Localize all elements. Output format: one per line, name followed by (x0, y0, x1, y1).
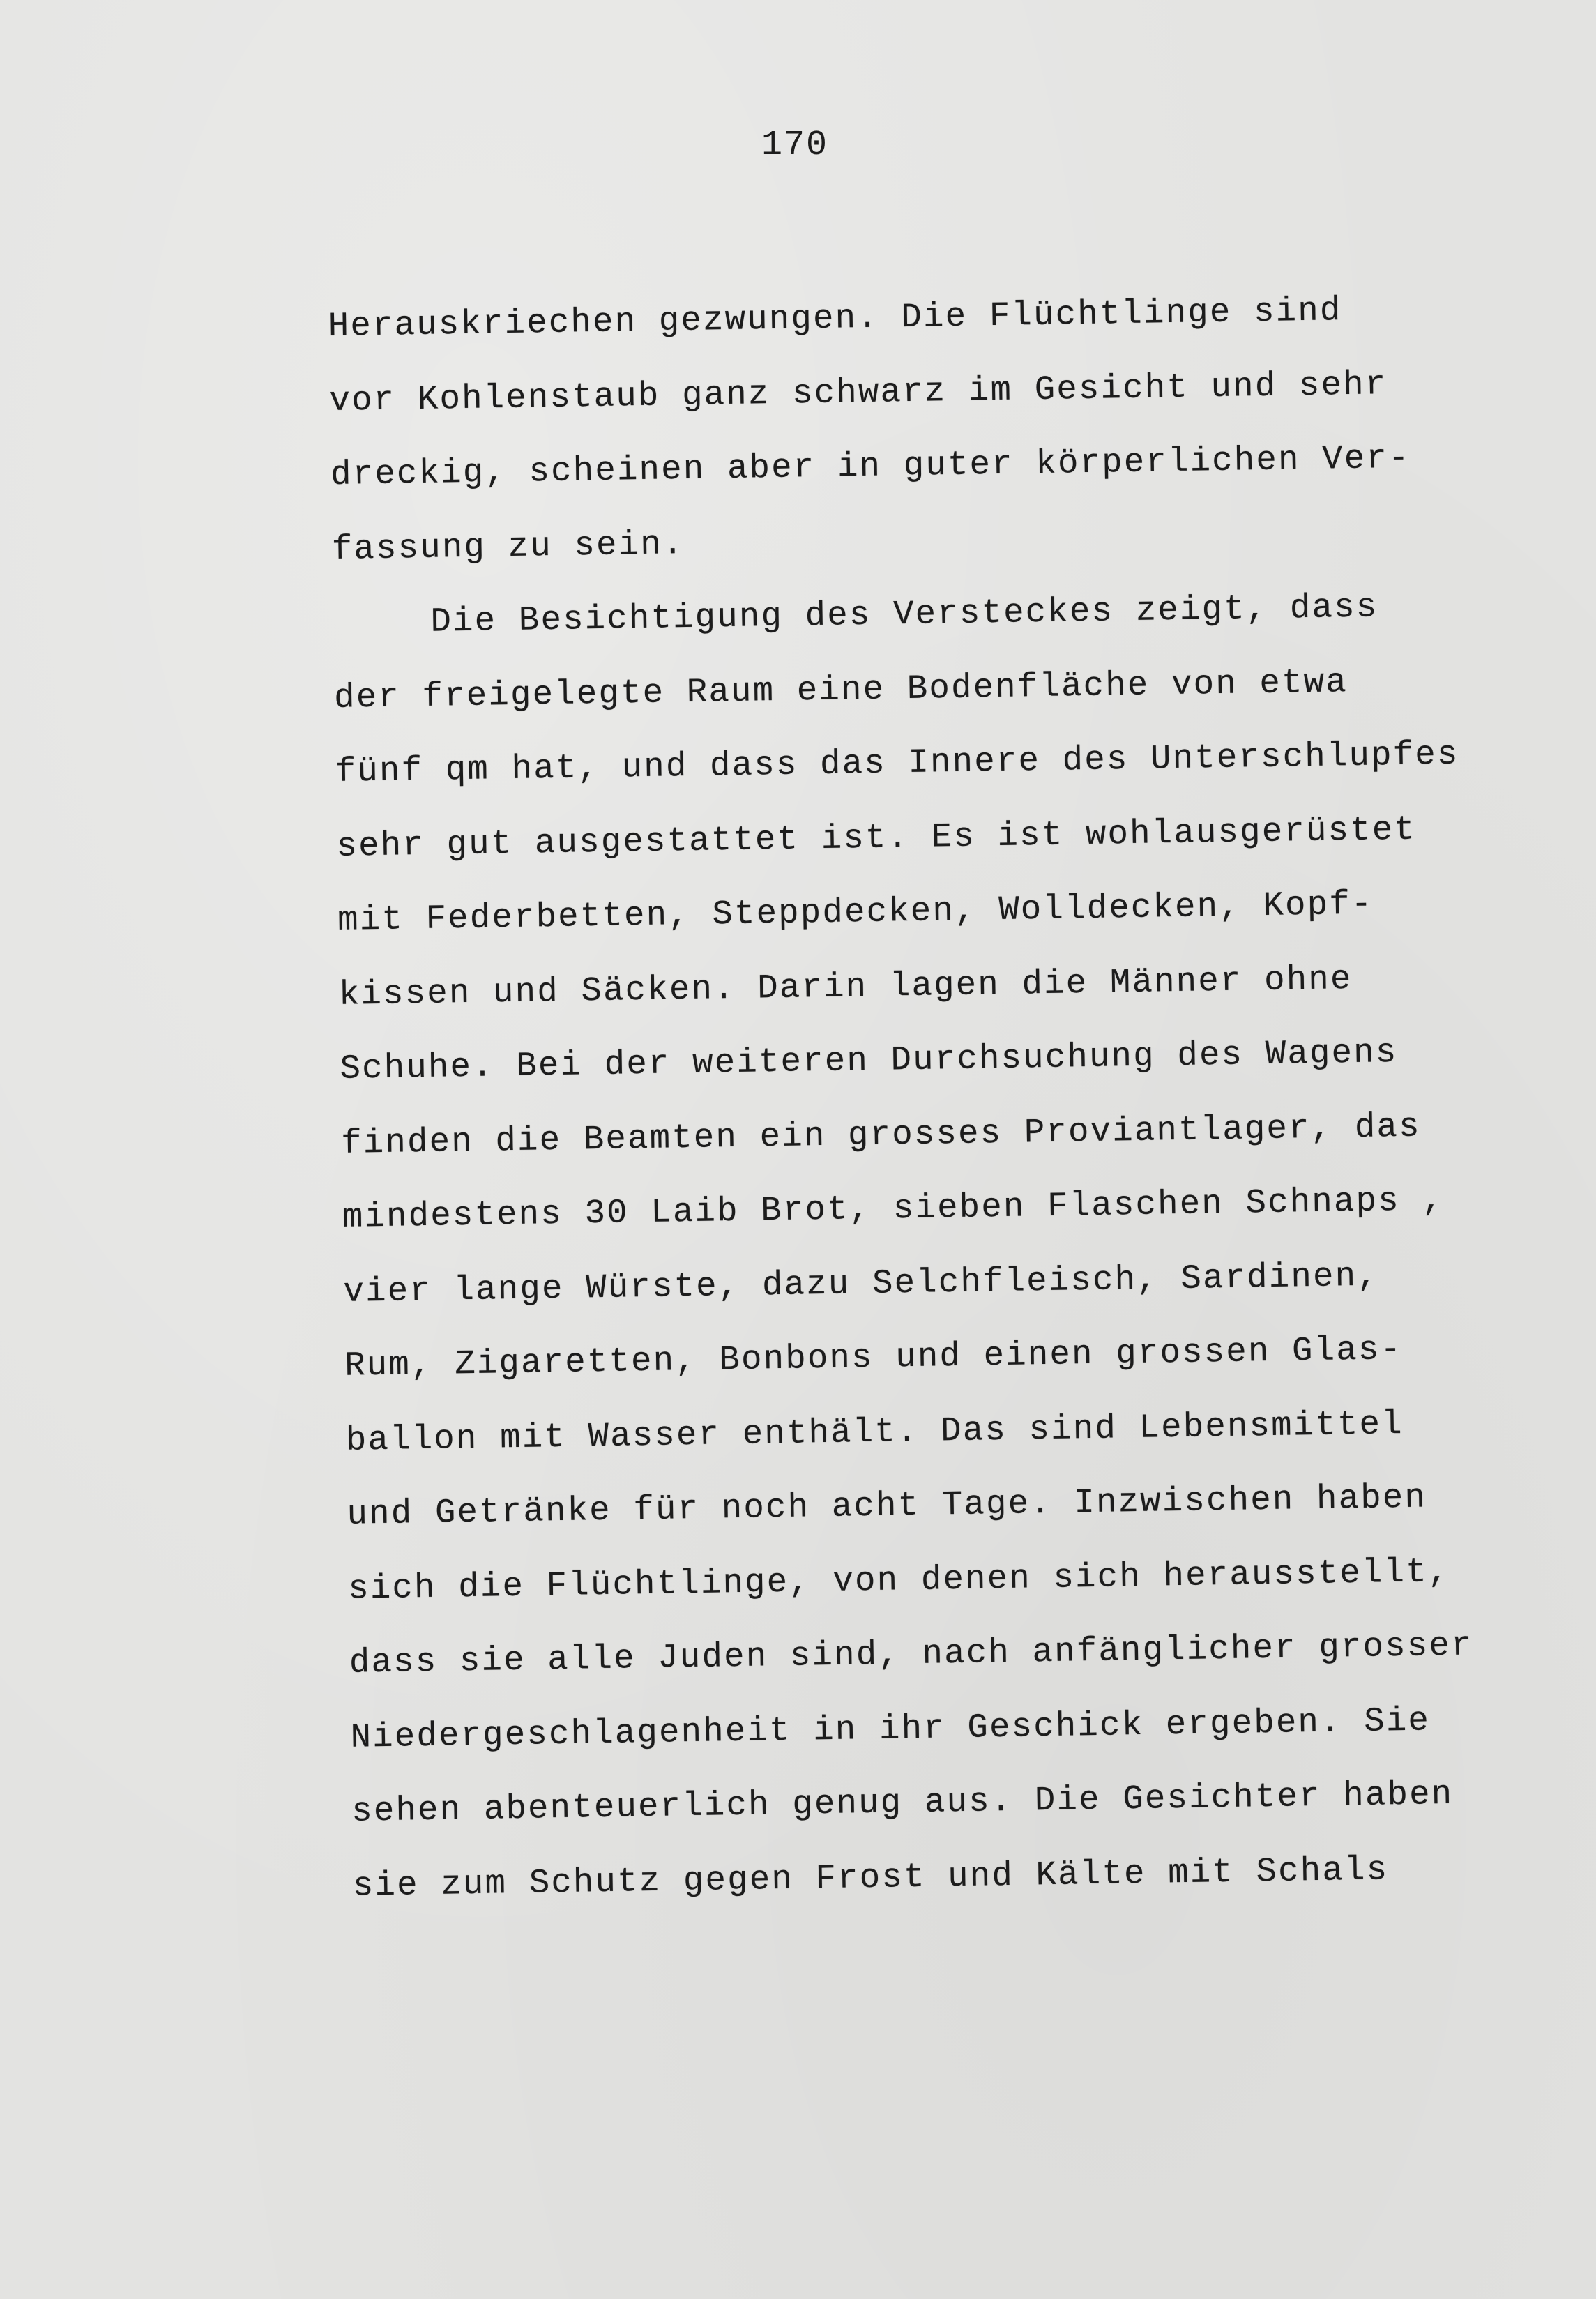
typewritten-page: 170 Herauskriechen gezwungen. Die Flücht… (0, 0, 1596, 2299)
body-text: Herauskriechen gezwungen. Die Flüchtling… (328, 271, 1553, 1923)
page-number: 170 (761, 126, 828, 165)
